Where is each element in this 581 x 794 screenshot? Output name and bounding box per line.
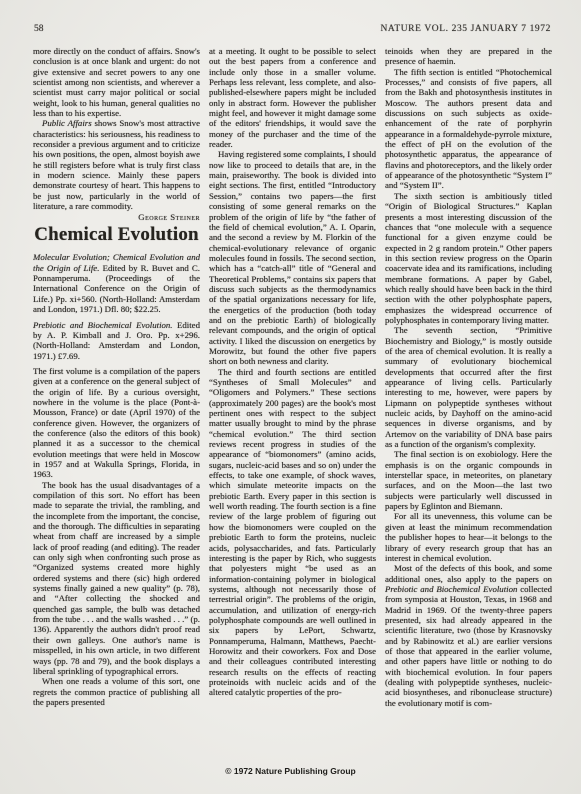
- page-number: 58: [34, 24, 44, 34]
- reviewer-signature: George Steiner: [123, 212, 200, 222]
- text-columns: more directly on the conduct of affairs.…: [33, 46, 552, 752]
- steiner-review-continuation-paragraph: more directly on the conduct of affairs.…: [33, 46, 200, 118]
- page-header: 58 NATURE VOL. 235 JANUARY 7 1972: [34, 24, 551, 34]
- closing-paragraph-text: shows Snow's most attractive characteris…: [33, 118, 200, 211]
- body-paragraph: at a meeting. It ought to be possible to…: [209, 46, 376, 149]
- steiner-review-closing-paragraph: Public Affairs shows Snow's most attract…: [33, 118, 200, 211]
- body-paragraph: The sixth section is ambitiously titled …: [385, 191, 552, 325]
- book-citation-1: Molecular Evolution; Chemical Evolution …: [33, 252, 200, 314]
- body-paragraph: The fifth section is entitled “Photochem…: [385, 67, 552, 191]
- paragraph-text: Most of the defects of this book, and so…: [385, 563, 552, 583]
- body-paragraph: The third and fourth sections are entitl…: [209, 367, 376, 698]
- article-title: Chemical Evolution: [33, 225, 200, 245]
- body-paragraph: The book has the usual disadvantages of …: [33, 480, 200, 677]
- body-paragraph: The final section is on exobiology. Here…: [385, 449, 552, 511]
- journal-masthead: NATURE VOL. 235 JANUARY 7 1972: [380, 24, 551, 34]
- body-paragraph: Having registered some complaints, I sho…: [209, 149, 376, 366]
- italic-book-title: Prebiotic and Biochemical Evolution: [385, 584, 517, 594]
- paragraph-text: collected from symposia at Houston, Texa…: [385, 584, 552, 708]
- body-paragraph: The seventh section, “Primitive Biochemi…: [385, 325, 552, 449]
- text-column-middle: at a meeting. It ought to be possible to…: [209, 46, 376, 752]
- body-paragraph: When one reads a volume of this sort, on…: [33, 676, 200, 707]
- italic-book-title: Public Affairs: [42, 118, 92, 128]
- footer-copyright: © 1972 Nature Publishing Group: [0, 766, 581, 776]
- book-citation-2: Prebiotic and Biochemical Evolution. Edi…: [33, 320, 200, 361]
- book-title-italic: Prebiotic and Biochemical Evolution.: [33, 320, 173, 330]
- text-column-left: more directly on the conduct of affairs.…: [33, 46, 200, 752]
- body-paragraph: teinoids when they are prepared in the p…: [385, 46, 552, 67]
- body-paragraph: For all its unevenness, this volume can …: [385, 511, 552, 563]
- journal-page: 58 NATURE VOL. 235 JANUARY 7 1972 more d…: [0, 0, 581, 794]
- body-paragraph: Most of the defects of this book, and so…: [385, 563, 552, 708]
- body-paragraph: The first volume is a compilation of the…: [33, 366, 200, 480]
- text-column-right: teinoids when they are prepared in the p…: [385, 46, 552, 752]
